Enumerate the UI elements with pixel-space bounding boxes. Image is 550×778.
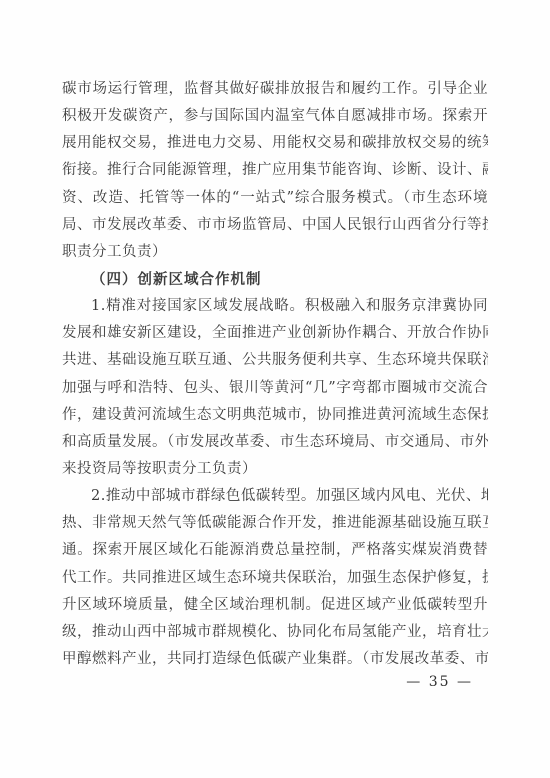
section-heading: （四）创新区域合作机制 <box>62 266 488 293</box>
body-line: 代工作。共同推进区域生态环境共保联治，加强生态保护修复，提 <box>62 565 488 592</box>
body-line: 发展和雄安新区建设，全面推进产业创新协作耦合、开放合作协同 <box>62 320 488 347</box>
body-line: 积极开发碳资产，参与国际国内温室气体自愿减排市场。探索开 <box>62 103 488 130</box>
body-line: 2.推动中部城市群绿色低碳转型。加强区域内风电、光伏、地 <box>62 483 488 510</box>
body-line: 资、改造、托管等一体的“一站式”综合服务模式。（市生态环境 <box>62 185 488 212</box>
body-line: 热、非常规天然气等低碳能源合作开发，推进能源基础设施互联互 <box>62 510 488 537</box>
body-line: 局、市发展改革委、市市场监管局、中国人民银行山西省分行等按 <box>62 212 488 239</box>
body-line: 碳市场运行管理，监督其做好碳排放报告和履约工作。引导企业 <box>62 76 488 103</box>
body-line: 职责分工负责） <box>62 239 488 266</box>
body-line: 作，建设黄河流域生态文明典范城市，协同推进黄河流域生态保护 <box>62 402 488 429</box>
body-line: 和高质量发展。（市发展改革委、市生态环境局、市交通局、市外 <box>62 429 488 456</box>
body-line: 通。探索开展区域化石能源消费总量控制，严格落实煤炭消费替 <box>62 537 488 564</box>
document-body: 碳市场运行管理，监督其做好碳排放报告和履约工作。引导企业 积极开发碳资产，参与国… <box>62 76 488 673</box>
body-line: 共进、基础设施互联互通、公共服务便利共享、生态环境共保联治。 <box>62 347 488 374</box>
body-line: 升区域环境质量，健全区域治理机制。促进区域产业低碳转型升 <box>62 592 488 619</box>
document-page: 碳市场运行管理，监督其做好碳排放报告和履约工作。引导企业 积极开发碳资产，参与国… <box>0 0 550 778</box>
page-number: — 35 — <box>406 670 473 694</box>
body-line: 来投资局等按职责分工负责） <box>62 456 488 483</box>
body-line: 衔接。推行合同能源管理，推广应用集节能咨询、诊断、设计、融 <box>62 157 488 184</box>
body-line: 级，推动山西中部城市群规模化、协同化布局氢能产业，培育壮大 <box>62 619 488 646</box>
body-line: 1.精准对接国家区域发展战略。积极融入和服务京津冀协同 <box>62 293 488 320</box>
body-line: 展用能权交易，推进电力交易、用能权交易和碳排放权交易的统筹 <box>62 130 488 157</box>
body-line: 加强与呼和浩特、包头、银川等黄河“几”字弯都市圈城市交流合 <box>62 375 488 402</box>
